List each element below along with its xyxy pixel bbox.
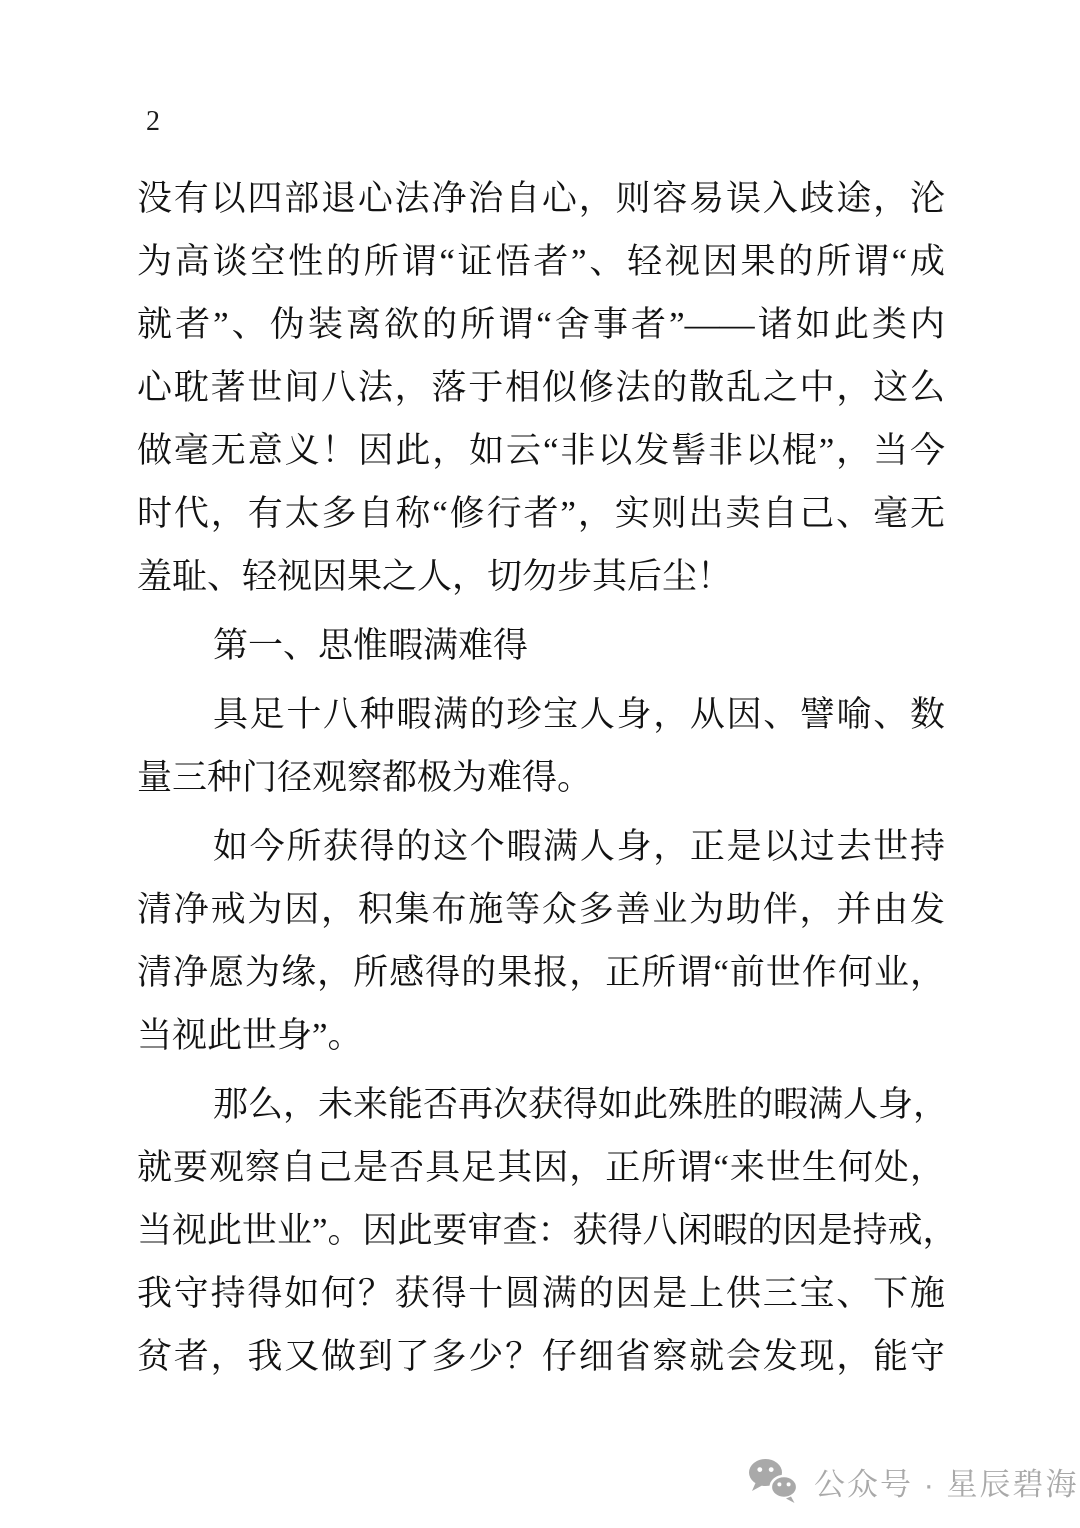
- watermark: 公众号 · 星辰碧海: [748, 1456, 1079, 1506]
- text-line: 做毫无意义！因此，如云“非以发髻非以棍”，当今: [137, 419, 945, 482]
- text-line: 那么，未来能否再次获得如此殊胜的暇满人身，: [137, 1073, 945, 1136]
- watermark-label: 公众号 · 星辰碧海: [814, 1459, 1079, 1504]
- text-line: 如今所获得的这个暇满人身，正是以过去世持: [137, 815, 945, 878]
- page-number: 2: [146, 104, 160, 140]
- text-line: 羞耻、轻视因果之人，切勿步其后尘！: [137, 545, 945, 608]
- text-line: 没有以四部退心法净治自心，则容易误入歧途，沦: [137, 167, 945, 230]
- text-line: 当视此世业”。因此要审查：获得八闲暇的因是持戒，: [137, 1199, 945, 1262]
- text-line: 贫者，我又做到了多少？仔细省察就会发现，能守: [137, 1325, 945, 1388]
- text-line: 就者”、伪装离欲的所谓“舍事者”——诸如此类内: [137, 293, 945, 356]
- text-line: 当视此世身”。: [137, 1004, 945, 1067]
- section-heading: 第一、思惟暇满难得: [137, 614, 945, 677]
- body-text: 没有以四部退心法净治自心，则容易误入歧途，沦 为高谈空性的所谓“证悟者”、轻视因…: [137, 167, 945, 1388]
- text-line: 清净戒为因，积集布施等众多善业为助伴，并由发: [137, 878, 945, 941]
- text-line: 时代，有太多自称“修行者”，实则出卖自己、毫无: [137, 482, 945, 545]
- text-line: 量三种门径观察都极为难得。: [137, 746, 945, 809]
- text-line: 心耽著世间八法，落于相似修法的散乱之中，这么: [137, 356, 945, 419]
- text-line: 我守持得如何？获得十圆满的因是上供三宝、下施: [137, 1262, 945, 1325]
- text-line: 清净愿为缘，所感得的果报，正所谓“前世作何业，: [137, 941, 945, 1004]
- document-page: 2 没有以四部退心法净治自心，则容易误入歧途，沦 为高谈空性的所谓“证悟者”、轻…: [0, 0, 1080, 1528]
- wechat-icon: [748, 1458, 800, 1504]
- text-line: 就要观察自己是否具足其因，正所谓“来世生何处，: [137, 1136, 945, 1199]
- text-line: 具足十八种暇满的珍宝人身，从因、譬喻、数: [137, 683, 945, 746]
- text-line: 为高谈空性的所谓“证悟者”、轻视因果的所谓“成: [137, 230, 945, 293]
